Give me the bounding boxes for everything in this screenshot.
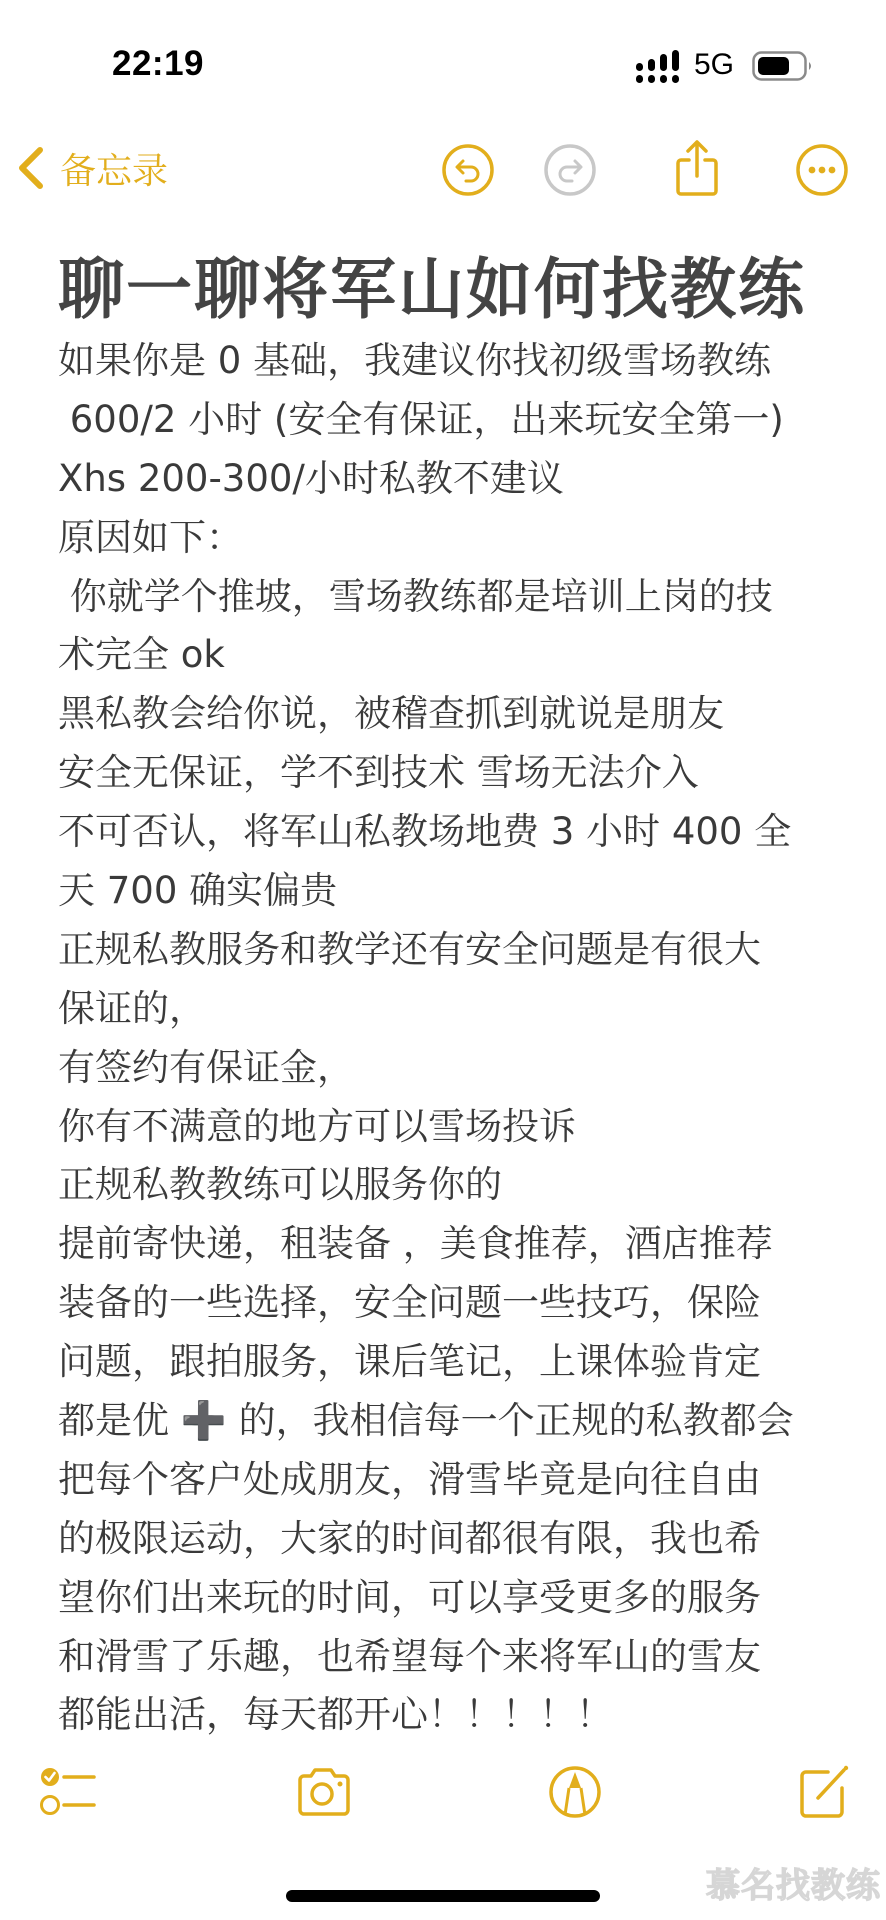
note-line: 问题，跟拍服务，课后笔记，上课体验肯定	[58, 1333, 848, 1392]
note-line: 保证的，	[58, 980, 848, 1039]
network-type: 5G	[694, 48, 734, 82]
back-button[interactable]: 备忘录	[14, 140, 168, 196]
note-line: 装备的一些选择，安全问题一些技巧，保险	[58, 1274, 848, 1333]
note-line: 你有不满意的地方可以雪场投诉	[58, 1098, 848, 1157]
redo-icon[interactable]	[542, 142, 598, 198]
share-icon[interactable]	[669, 138, 725, 198]
note-line: 正规私教服务和教学还有安全问题是有很大	[58, 921, 848, 980]
note-line: 不可否认，将军山私教场地费 3 小时 400 全	[58, 803, 848, 862]
compose-icon[interactable]	[792, 1762, 852, 1822]
note-line: 术完全 ok	[58, 626, 848, 685]
chevron-left-icon	[14, 144, 46, 192]
note-body[interactable]: 如果你是 0 基础，我建议你找初级雪场教练 600/2 小时 (安全有保证，出来…	[58, 332, 848, 1745]
note-line: 都是优 ➕ 的，我相信每一个正规的私教都会	[58, 1392, 848, 1451]
more-icon[interactable]	[794, 142, 850, 198]
note-line: 的极限运动，大家的时间都很有限，我也希	[58, 1510, 848, 1569]
note-line: 都能出活，每天都开心！！！！！	[58, 1686, 848, 1745]
note-line: 有签约有保证金，	[58, 1039, 848, 1098]
markup-icon[interactable]	[545, 1762, 605, 1822]
note-line: 安全无保证，学不到技术 雪场无法介入	[58, 744, 848, 803]
note-line: 你就学个推坡，雪场教练都是培训上岗的技	[58, 568, 848, 627]
note-line: 天 700 确实偏贵	[58, 862, 848, 921]
checklist-icon[interactable]	[38, 1762, 98, 1822]
note-title[interactable]: 聊一聊将军山如何找教练	[58, 236, 806, 331]
note-line: 和滑雪了乐趣，也希望每个来将军山的雪友	[58, 1628, 848, 1687]
back-label: 备忘录	[60, 143, 168, 194]
home-indicator[interactable]	[286, 1890, 600, 1902]
note-line: 正规私教教练可以服务你的	[58, 1156, 848, 1215]
cellular-signal-icon	[636, 50, 682, 84]
note-line: Xhs 200-300/小时私教不建议	[58, 450, 848, 509]
note-line: 黑私教会给你说，被稽查抓到就说是朋友	[58, 685, 848, 744]
note-line: 望你们出来玩的时间，可以享受更多的服务	[58, 1569, 848, 1628]
watermark: 慕名找教练	[706, 1858, 881, 1907]
note-line: 原因如下：	[58, 509, 848, 568]
camera-icon[interactable]	[294, 1762, 354, 1822]
note-line: 如果你是 0 基础，我建议你找初级雪场教练	[58, 332, 848, 391]
status-time: 22:19	[112, 44, 204, 84]
undo-icon[interactable]	[440, 142, 496, 198]
note-line: 提前寄快递，租装备 ，美食推荐，酒店推荐	[58, 1215, 848, 1274]
note-line: 把每个客户处成朋友，滑雪毕竟是向往自由	[58, 1451, 848, 1510]
battery-icon	[752, 51, 814, 81]
note-line: 600/2 小时 (安全有保证，出来玩安全第一)	[58, 391, 848, 450]
